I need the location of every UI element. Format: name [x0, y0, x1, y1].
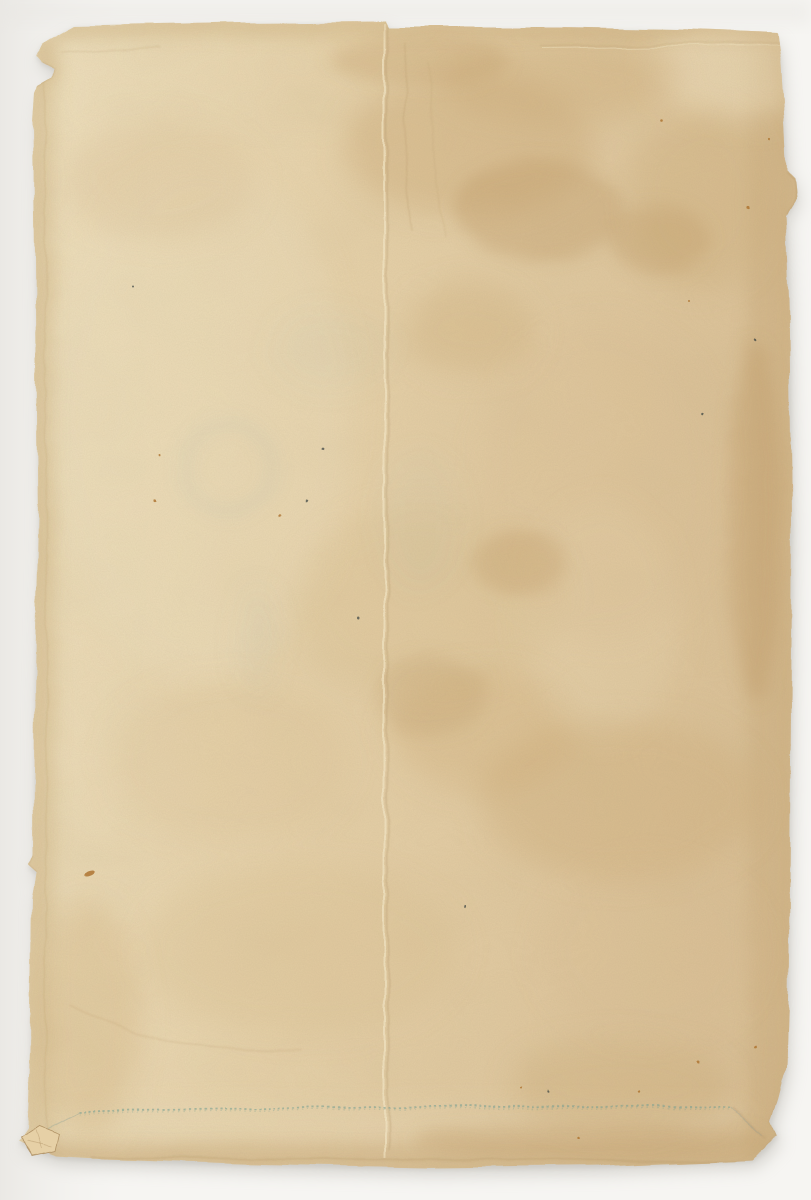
scan-viewport: Scanned back of an aged, blank tan paper… [0, 0, 811, 1200]
scanner-edge-shading-top [0, 0, 811, 24]
paper-sheet [0, 0, 811, 1200]
scanned-paper-image: Scanned back of an aged, blank tan paper… [0, 0, 811, 1200]
paper-detail-layer [0, 0, 811, 1200]
paper-grain-texture [0, 0, 811, 1200]
